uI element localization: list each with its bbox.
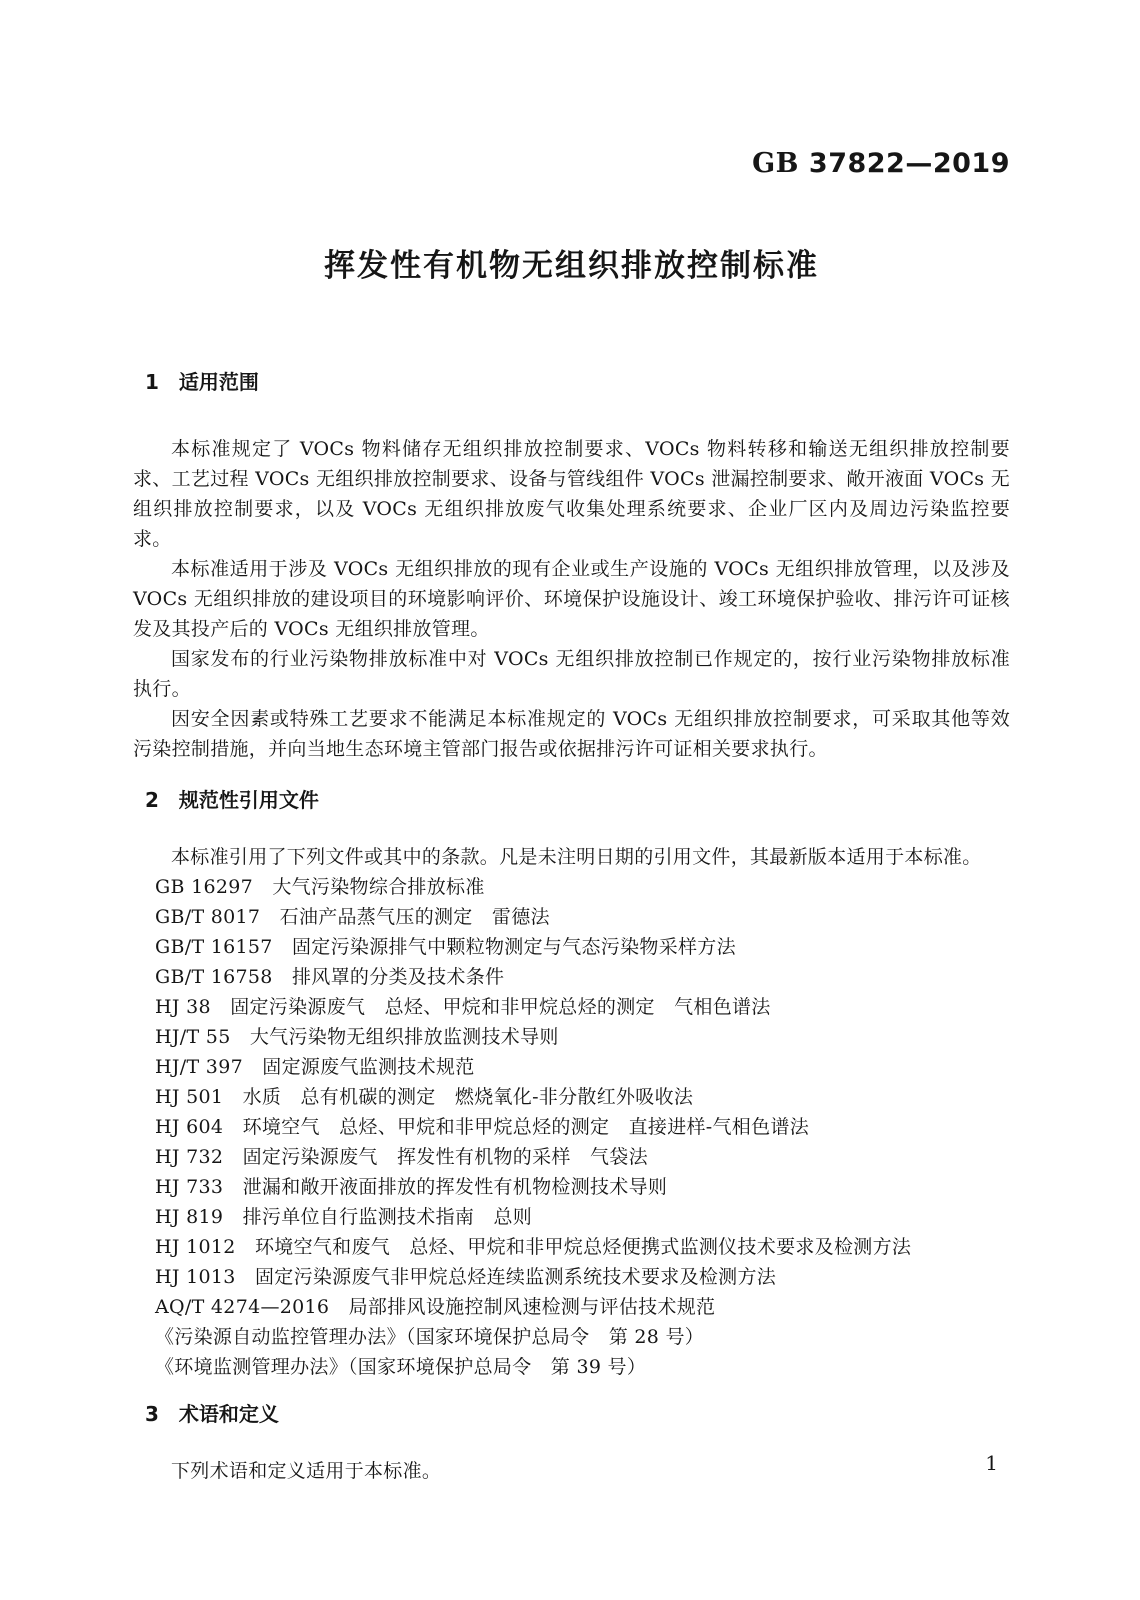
reference-item: HJ 501 水质 总有机碳的测定 燃烧氧化-非分散红外吸收法 [133,1082,1010,1112]
reference-item: AQ/T 4274—2016 局部排风设施控制风速检测与评估技术规范 [133,1292,1010,1322]
reference-item: HJ 604 环境空气 总烃、甲烷和非甲烷总烃的测定 直接进样-气相色谱法 [133,1112,1010,1142]
reference-item: HJ 38 固定污染源废气 总烃、甲烷和非甲烷总烃的测定 气相色谱法 [133,992,1010,1022]
document-title: 挥发性有机物无组织排放控制标准 [133,244,1010,288]
section-1-heading: 1适用范围 [133,368,1010,396]
section-1-number: 1 [145,368,159,396]
paragraph: 本标准适用于涉及 VOCs 无组织排放的现有企业或生产设施的 VOCs 无组织排… [133,554,1010,644]
document-page: GB 37822—2019 挥发性有机物无组织排放控制标准 1适用范围 本标准规… [0,0,1140,1600]
section-3-number: 3 [145,1400,159,1428]
paragraph: 本标准规定了 VOCs 物料储存无组织排放控制要求、VOCs 物料转移和输送无组… [133,434,1010,554]
standard-code: GB 37822—2019 [133,0,1010,180]
section-1-title: 适用范围 [179,370,259,394]
reference-item: GB/T 16157 固定污染源排气中颗粒物测定与气态污染物采样方法 [133,932,1010,962]
reference-item: GB 16297 大气污染物综合排放标准 [133,872,1010,902]
section-3-heading: 3术语和定义 [133,1400,1010,1428]
paragraph: 因安全因素或特殊工艺要求不能满足本标准规定的 VOCs 无组织排放控制要求，可采… [133,704,1010,764]
section-3-body: 下列术语和定义适用于本标准。 [133,1456,1010,1486]
reference-item: HJ 1013 固定污染源废气非甲烷总烃连续监测系统技术要求及检测方法 [133,1262,1010,1292]
reference-item: HJ 733 泄漏和敞开液面排放的挥发性有机物检测技术导则 [133,1172,1010,1202]
standard-code-number: 37822—2019 [799,148,1010,179]
reference-item: GB/T 16758 排风罩的分类及技术条件 [133,962,1010,992]
paragraph: 国家发布的行业污染物排放标准中对 VOCs 无组织排放控制已作规定的，按行业污染… [133,644,1010,704]
reference-item: GB/T 8017 石油产品蒸气压的测定 雷德法 [133,902,1010,932]
section-2-heading: 2规范性引用文件 [133,786,1010,814]
page-number: 1 [985,1448,998,1478]
reference-item: 《污染源自动监控管理办法》（国家环境保护总局令 第 28 号） [133,1322,1010,1352]
page-content: GB 37822—2019 挥发性有机物无组织排放控制标准 1适用范围 本标准规… [133,0,1010,1486]
reference-item: HJ 1012 环境空气和废气 总烃、甲烷和非甲烷总烃便携式监测仪技术要求及检测… [133,1232,1010,1262]
standard-code-prefix: GB [752,148,799,179]
reference-item: HJ 819 排污单位自行监测技术指南 总则 [133,1202,1010,1232]
section-1-body: 本标准规定了 VOCs 物料储存无组织排放控制要求、VOCs 物料转移和输送无组… [133,434,1010,764]
section-3-title: 术语和定义 [179,1402,279,1426]
section-2-number: 2 [145,786,159,814]
reference-item: 《环境监测管理办法》（国家环境保护总局令 第 39 号） [133,1352,1010,1382]
section-2-title: 规范性引用文件 [179,788,319,812]
reference-item: HJ 732 固定污染源废气 挥发性有机物的采样 气袋法 [133,1142,1010,1172]
reference-item: HJ/T 55 大气污染物无组织排放监测技术导则 [133,1022,1010,1052]
reference-list: GB 16297 大气污染物综合排放标准 GB/T 8017 石油产品蒸气压的测… [133,872,1010,1382]
section-2-intro: 本标准引用了下列文件或其中的条款。凡是未注明日期的引用文件，其最新版本适用于本标… [133,842,1010,872]
reference-item: HJ/T 397 固定源废气监测技术规范 [133,1052,1010,1082]
